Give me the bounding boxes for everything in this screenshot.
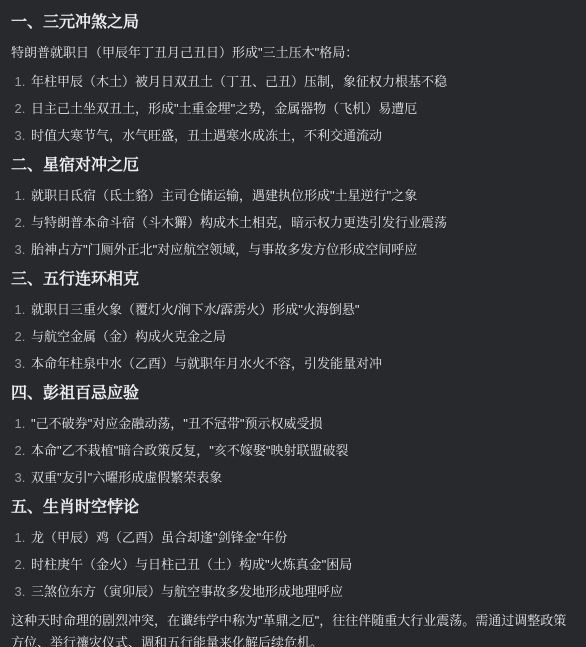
section-intro: 特朗普就职日（甲辰年丁丑月己丑日）形成"三土压木"格局： [11,42,575,64]
list-item: 双重"友引"六曜形成虚假繁荣表象 [29,467,575,489]
list-item: 日主己土坐双丑土，形成"土重金埋"之势，金属器物（飞机）易遭厄 [29,98,575,120]
section-list: 龙（甲辰）鸡（乙酉）虽合却逢"剑锋金"年份 时柱庚午（金火）与日柱己丑（土）构成… [11,527,575,603]
section-list: 就职日氐宿（氐土貉）主司仓储运输，遇建执位形成"土星逆行"之象 与特朗普本命斗宿… [11,185,575,261]
page-background: { "theme": { "background": "#28292c", "b… [0,0,586,647]
section-list: "己不破券"对应金融动荡，"丑不冠带"预示权威受损 本命"乙不栽植"暗合政策反复… [11,413,575,489]
section-heading: 三、五行连环相克 [11,268,575,292]
list-item: 与特朗普本命斗宿（斗木獬）构成木土相克，暗示权力更迭引发行业震荡 [29,212,575,234]
section-shengxiao: 五、生肖时空悖论 龙（甲辰）鸡（乙酉）虽合却逢"剑锋金"年份 时柱庚午（金火）与… [11,496,575,603]
section-heading: 一、三元冲煞之局 [11,11,575,35]
list-item: "己不破券"对应金融动荡，"丑不冠带"预示权威受损 [29,413,575,435]
list-item: 就职日氐宿（氐土貉）主司仓储运输，遇建执位形成"土星逆行"之象 [29,185,575,207]
list-item: 本命年柱泉中水（乙酉）与就职年月水火不容，引发能量对冲 [29,353,575,375]
section-list: 年柱甲辰（木土）被月日双丑土（丁丑、己丑）压制，象征权力根基不稳 日主己土坐双丑… [11,71,575,147]
list-item: 时值大寒节气，水气旺盛，丑土遇寒水成冻土，不利交通流动 [29,125,575,147]
section-list: 就职日三重火象（覆灯火/涧下水/霹雳火）形成"火海倒悬" 与航空金属（金）构成火… [11,299,575,375]
list-item: 龙（甲辰）鸡（乙酉）虽合却逢"剑锋金"年份 [29,527,575,549]
section-pengzu: 四、彭祖百忌应验 "己不破券"对应金融动荡，"丑不冠带"预示权威受损 本命"乙不… [11,382,575,489]
list-item: 胎神占方"门厕外正北"对应航空领域，与事故多发方位形成空间呼应 [29,239,575,261]
section-heading: 二、星宿对冲之厄 [11,154,575,178]
list-item: 本命"乙不栽植"暗合政策反复，"亥不嫁娶"映射联盟破裂 [29,440,575,462]
list-item: 三煞位东方（寅卯辰）与航空事故多发地形成地理呼应 [29,581,575,603]
section-wuxing: 三、五行连环相克 就职日三重火象（覆灯火/涧下水/霹雳火）形成"火海倒悬" 与航… [11,268,575,375]
list-item: 年柱甲辰（木土）被月日双丑土（丁丑、己丑）压制，象征权力根基不稳 [29,71,575,93]
conclusion-paragraph: 这种天时命理的剧烈冲突，在谶纬学中称为"革鼎之厄"，往往伴随重大行业震荡。需通过… [11,610,575,647]
fortune-analysis-document: 一、三元冲煞之局 特朗普就职日（甲辰年丁丑月己丑日）形成"三土压木"格局： 年柱… [0,0,586,647]
section-xingsu: 二、星宿对冲之厄 就职日氐宿（氐土貉）主司仓储运输，遇建执位形成"土星逆行"之象… [11,154,575,261]
list-item: 就职日三重火象（覆灯火/涧下水/霹雳火）形成"火海倒悬" [29,299,575,321]
section-heading: 四、彭祖百忌应验 [11,382,575,406]
section-heading: 五、生肖时空悖论 [11,496,575,520]
list-item: 与航空金属（金）构成火克金之局 [29,326,575,348]
list-item: 时柱庚午（金火）与日柱己丑（土）构成"火炼真金"困局 [29,554,575,576]
section-sanyuan: 一、三元冲煞之局 特朗普就职日（甲辰年丁丑月己丑日）形成"三土压木"格局： 年柱… [11,11,575,147]
